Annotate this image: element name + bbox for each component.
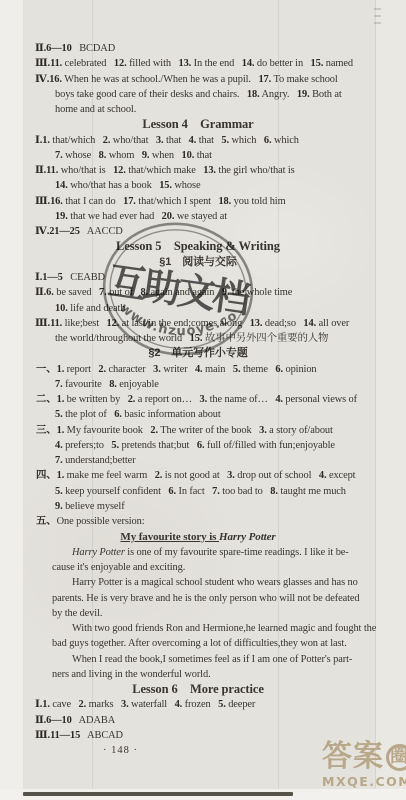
text-segment: Harry Potter [72, 547, 125, 558]
text-line: Ⅳ.16. When he was at school./When he was… [0, 72, 406, 87]
scanned-answer-page: Ⅱ.6—10 BCDADⅢ.11. celebrated 12. filled … [0, 0, 406, 800]
text-line: the world/throughout the world 15. 故事中另外… [0, 331, 406, 346]
text-line: 10. life and death [0, 301, 406, 316]
text-line: 二、1. be written by 2. a report on… 3. th… [0, 392, 406, 407]
watermark-circle-badge: 圈 [386, 744, 406, 771]
text-line: cause it's enjoyable and exciting. [0, 560, 406, 575]
text-line: When I read the book,I sometimes feel as… [0, 652, 406, 667]
watermark-site-url: MXQE.COM [322, 774, 406, 789]
text-line: 4. prefers;to 5. pretends that;but 6. fu… [0, 438, 406, 453]
watermark-brand: 答案 圈 [322, 741, 406, 773]
text-line: Lesson 4 Grammar [0, 117, 406, 132]
text-line: §1 阅读与交际 [0, 255, 406, 270]
text-line: 19. that we had ever had 20. we stayed a… [0, 209, 406, 224]
text-line: Ⅰ.1. cave 2. marks 3. waterfall 4. froze… [0, 697, 406, 712]
text-line: 7. favourite 8. enjoyable [0, 377, 406, 392]
text-line: 四、1. make me feel warm 2. is not good at… [0, 468, 406, 483]
text-line: Ⅱ.6—10 BCDAD [0, 41, 406, 56]
text-line: Ⅲ.11. like;best 12. at last/in the end;c… [0, 316, 406, 331]
text-line: Harry Potter is one of my favourite spar… [0, 545, 406, 560]
text-line: Ⅰ.1. that/which 2. who/that 3. that 4. t… [0, 133, 406, 148]
text-line: by the devil. [0, 606, 406, 621]
text-segment: Harry Potter [219, 531, 276, 543]
text-line: 三、1. My favourite book 2. The writer of … [0, 423, 406, 438]
text-line: 7. understand;better [0, 453, 406, 468]
text-line: bad guys together. After overcoming a lo… [0, 636, 406, 651]
text-segment: is one of my favourite spare-time readin… [125, 547, 349, 558]
text-line: Ⅱ.11. who/that is 12. that/which make 13… [0, 163, 406, 178]
text-line: Ⅲ.16. that I can do 17. that/which I spe… [0, 194, 406, 209]
text-line: 14. who/that has a book 15. whose [0, 178, 406, 193]
text-line: With two good friends Ron and Hermione,h… [0, 621, 406, 636]
text-line: Ⅳ.21—25 AACCD [0, 224, 406, 239]
text-line: Ⅱ.6. be saved 7. out of 8. again and aga… [0, 285, 406, 300]
text-line: 五、One possible version: [0, 514, 406, 529]
text-line: Ⅰ.1—5 CEABD [0, 270, 406, 285]
text-line: Lesson 6 More practice [0, 682, 406, 697]
text-segment: My favourite story is [120, 531, 219, 543]
book-edge-shadow [23, 792, 293, 796]
text-line: home and at school. [0, 102, 406, 117]
text-line: 9. believe myself [0, 499, 406, 514]
text-line: ners and living in the wonderful world. [0, 667, 406, 682]
text-line: My favourite story is Harry Potter [0, 530, 406, 545]
text-line: boys take good care of their desks and c… [0, 87, 406, 102]
answer-site-watermark: 答案 圈 MXQE.COM [322, 741, 406, 789]
scan-artifact-marks [374, 8, 381, 29]
watermark-brand-text: 答案 [322, 741, 384, 773]
text-line: Ⅲ.11. celebrated 12. filled with 13. In … [0, 56, 406, 71]
content-lines: Ⅱ.6—10 BCDADⅢ.11. celebrated 12. filled … [0, 41, 406, 758]
text-line: 5. keep yourself confident 6. In fact 7.… [0, 484, 406, 499]
text-line: parents. He is very brave and he is the … [0, 591, 406, 606]
text-line: Lesson 5 Speaking & Writing [0, 239, 406, 254]
text-line: Ⅱ.6—10 ADABA [0, 713, 406, 728]
text-line: Harry Potter is a magical school student… [0, 575, 406, 590]
text-line: §2 单元写作小专题 [0, 346, 406, 361]
text-line: 7. whose 8. whom 9. when 10. that [0, 148, 406, 163]
text-line: 一、1. report 2. character 3. writer 4. ma… [0, 362, 406, 377]
text-line: 5. the plot of 6. basic information abou… [0, 407, 406, 422]
